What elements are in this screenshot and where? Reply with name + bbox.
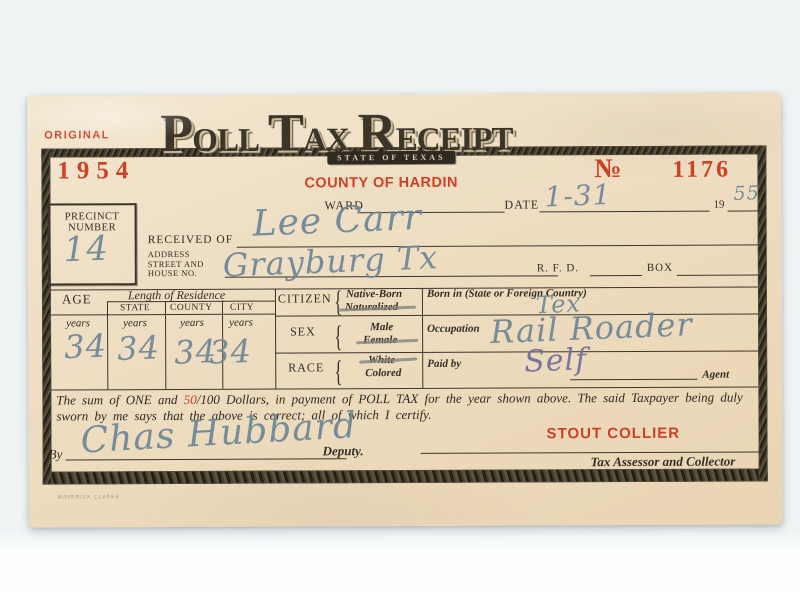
precinct-label-line1: PRECINCT <box>50 211 135 222</box>
handwritten-age: 34 <box>63 327 107 367</box>
race-brace: { <box>334 355 342 389</box>
handwritten-precinct: 14 <box>63 229 110 271</box>
residence-header: Length of Residence <box>128 288 225 303</box>
paid-by-label: Paid by <box>427 358 461 370</box>
sex-label: SEX <box>290 324 316 339</box>
handwritten-date: 1-31 <box>544 178 612 214</box>
received-of-label: RECEIVED OF <box>148 234 233 246</box>
handwritten-occupation: Rail Roader <box>489 305 693 351</box>
box-underline <box>677 274 765 275</box>
citizen-label: CITIZEN <box>278 291 332 306</box>
date-label: DATE <box>505 197 540 212</box>
citizen-brace: { <box>334 285 342 319</box>
year-underline <box>728 210 766 211</box>
race-label: RACE <box>288 360 324 375</box>
handwritten-address: Grayburg Tx <box>222 238 439 284</box>
state-years-label: years <box>123 317 147 329</box>
column-city: CITY <box>230 303 254 313</box>
city-years-label: years <box>229 317 253 329</box>
column-header-rule <box>51 314 275 316</box>
citizen-option-native-born: Native-Born <box>346 288 402 300</box>
collector-title: Tax Assessor and Collector <box>591 454 736 471</box>
occupation-label: Occupation <box>427 323 480 335</box>
year-printed: 19 <box>714 199 725 211</box>
county-line: COUNTY OF HARDIN <box>304 175 458 192</box>
legal-text-part1: The sum of ONE and <box>56 392 183 408</box>
options-answers-divider <box>422 288 423 388</box>
state-of-texas-banner: STATE OF TEXAS <box>327 151 455 165</box>
handwritten-year: 55 <box>733 182 760 205</box>
deputy-label: Deputy. <box>323 443 364 459</box>
handwritten-state-years: 34 <box>116 328 160 368</box>
handwritten-paid-by: Self <box>524 342 588 379</box>
age-label: AGE <box>62 291 92 307</box>
receipt-number: 1176 <box>672 157 731 184</box>
box-label: BOX <box>647 262 673 274</box>
poll-tax-receipt-document: ORIGINAL 1954 POLLTAXRECEIPT STATE OF TE… <box>27 92 783 527</box>
address-label-line3: HOUSE NO. <box>148 269 204 279</box>
rfd-label: R. F. D. <box>537 262 579 274</box>
sex-row-rule <box>275 350 758 353</box>
original-label: ORIGINAL <box>44 129 110 141</box>
by-label: By <box>49 446 63 462</box>
agent-underline <box>570 379 697 381</box>
column-state: STATE <box>120 303 150 313</box>
border-bottom <box>43 468 768 484</box>
sex-option-male: Male <box>370 321 393 333</box>
race-option-colored: Colored <box>365 367 401 379</box>
rfd-underline <box>590 275 642 276</box>
county-years-label: years <box>180 317 204 329</box>
left-right-table-divider <box>275 289 276 389</box>
legal-amount: 50 <box>184 392 197 407</box>
handwritten-city-years: 34 <box>208 332 252 372</box>
agent-label: Agent <box>702 369 729 381</box>
sex-brace: { <box>334 320 342 354</box>
column-county: COUNTY <box>170 303 213 313</box>
handwritten-name: Lee Carr <box>252 197 423 245</box>
border-left <box>41 149 51 485</box>
series-year: 1954 <box>57 157 135 185</box>
printer-mark: MAVERICK CLARKE <box>58 494 120 500</box>
title-word-poll: POLL <box>160 105 259 169</box>
collector-name: STOUT COLLIER <box>547 425 681 443</box>
